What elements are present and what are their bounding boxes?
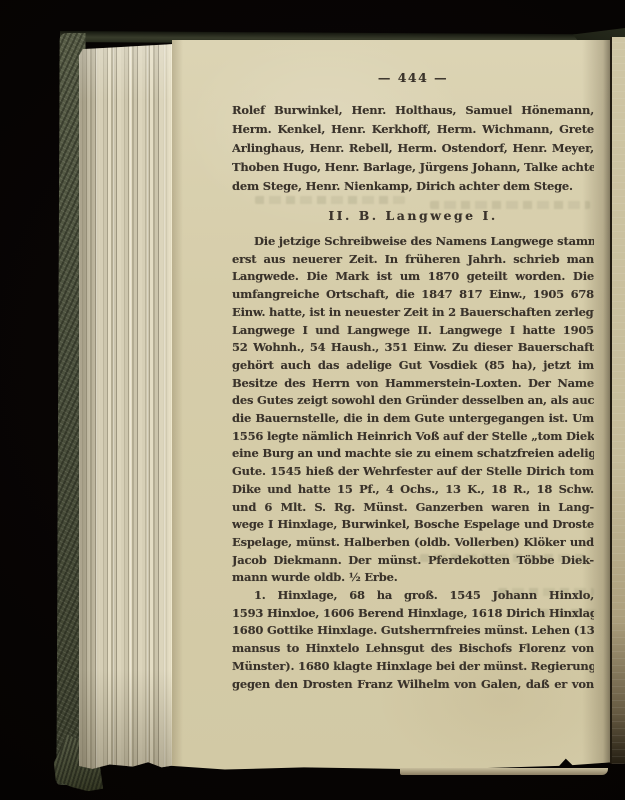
text-line: eine Burg an und machte sie zu einem sch… xyxy=(232,445,594,463)
book-photo: — 444 — Rolef Burwinkel, Henr. Holthaus,… xyxy=(0,0,625,800)
text-line: Thoben Hugo, Henr. Barlage, Jürgens Joha… xyxy=(232,158,594,177)
next-page-edge xyxy=(610,37,625,764)
page-text: — 444 — Rolef Burwinkel, Henr. Holthaus,… xyxy=(232,71,594,693)
text-line: 1556 legte nämlich Heinrich Voß auf der … xyxy=(232,428,594,446)
text-line: dem Stege, Henr. Nienkamp, Dirich achter… xyxy=(232,177,594,196)
text-line: Gute. 1545 hieß der Wehrfester auf der S… xyxy=(232,463,594,481)
text-line: Espelage, münst. Halberben (oldb. Voller… xyxy=(232,534,594,552)
paragraph-main: Die jetzige Schreibweise des Namens Lang… xyxy=(232,233,594,587)
section-heading: II. B. Langwege I. xyxy=(232,206,594,226)
text-line: Jacob Diekmann. Der münst. Pferdekotten … xyxy=(232,552,594,570)
text-line: gehört auch das adelige Gut Vosdiek (85 … xyxy=(232,357,594,375)
text-line: gegen den Drosten Franz Wilhelm von Gale… xyxy=(232,676,594,694)
page-number: — 444 — xyxy=(232,71,594,85)
text-line: Dike und hatte 15 Pf., 4 Ochs., 13 K., 1… xyxy=(232,481,594,499)
text-line: Langwede. Die Mark ist um 1870 geteilt w… xyxy=(232,268,594,286)
under-pages-edge xyxy=(400,768,608,775)
text-line: mansus to Hinxtelo Lehnsgut des Bischofs… xyxy=(232,640,594,658)
text-line: 1593 Hinxloe, 1606 Berend Hinxlage, 1618… xyxy=(232,605,594,623)
text-line: Münster). 1680 klagte Hinxlage bei der m… xyxy=(232,658,594,676)
text-line: mann wurde oldb. ½ Erbe. xyxy=(232,569,594,587)
text-line: Einw. hatte, ist in neuester Zeit in 2 B… xyxy=(232,304,594,322)
text-line: Herm. Kenkel, Henr. Kerkhoff, Herm. Wich… xyxy=(232,120,594,139)
text-line: Rolef Burwinkel, Henr. Holthaus, Samuel … xyxy=(232,101,594,120)
text-line: des Gutes zeigt sowohl den Gründer desse… xyxy=(232,392,594,410)
paragraph-hinxlage: 1. Hinxlage, 68 ha groß. 1545 Johann Hin… xyxy=(232,587,594,693)
text-line: Die jetzige Schreibweise des Namens Lang… xyxy=(232,233,594,251)
text-line: Besitze des Herrn von Hammerstein-Loxten… xyxy=(232,375,594,393)
page-fore-edge-stack xyxy=(79,44,175,771)
text-line: und 6 Mlt. S. Rg. Münst. Ganzerben waren… xyxy=(232,499,594,517)
text-line: wege I Hinxlage, Burwinkel, Bosche Espel… xyxy=(232,516,594,534)
text-line: 1. Hinxlage, 68 ha groß. 1545 Johann Hin… xyxy=(232,587,594,605)
text-line: die Bauernstelle, die in dem Gute unterg… xyxy=(232,410,594,428)
paragraph-names: Rolef Burwinkel, Henr. Holthaus, Samuel … xyxy=(232,101,594,196)
text-line: Arlinghaus, Henr. Rebell, Herm. Ostendor… xyxy=(232,139,594,158)
text-line: erst aus neuerer Zeit. In früheren Jahrh… xyxy=(232,251,594,269)
text-line: 52 Wohnh., 54 Haush., 351 Einw. Zu diese… xyxy=(232,339,594,357)
text-line: Langwege I und Langwege II. Langwege I h… xyxy=(232,322,594,340)
text-line: 1680 Gottike Hinxlage. Gutsherrnfreies m… xyxy=(232,622,594,640)
text-line: umfangreiche Ortschaft, die 1847 817 Ein… xyxy=(232,286,594,304)
